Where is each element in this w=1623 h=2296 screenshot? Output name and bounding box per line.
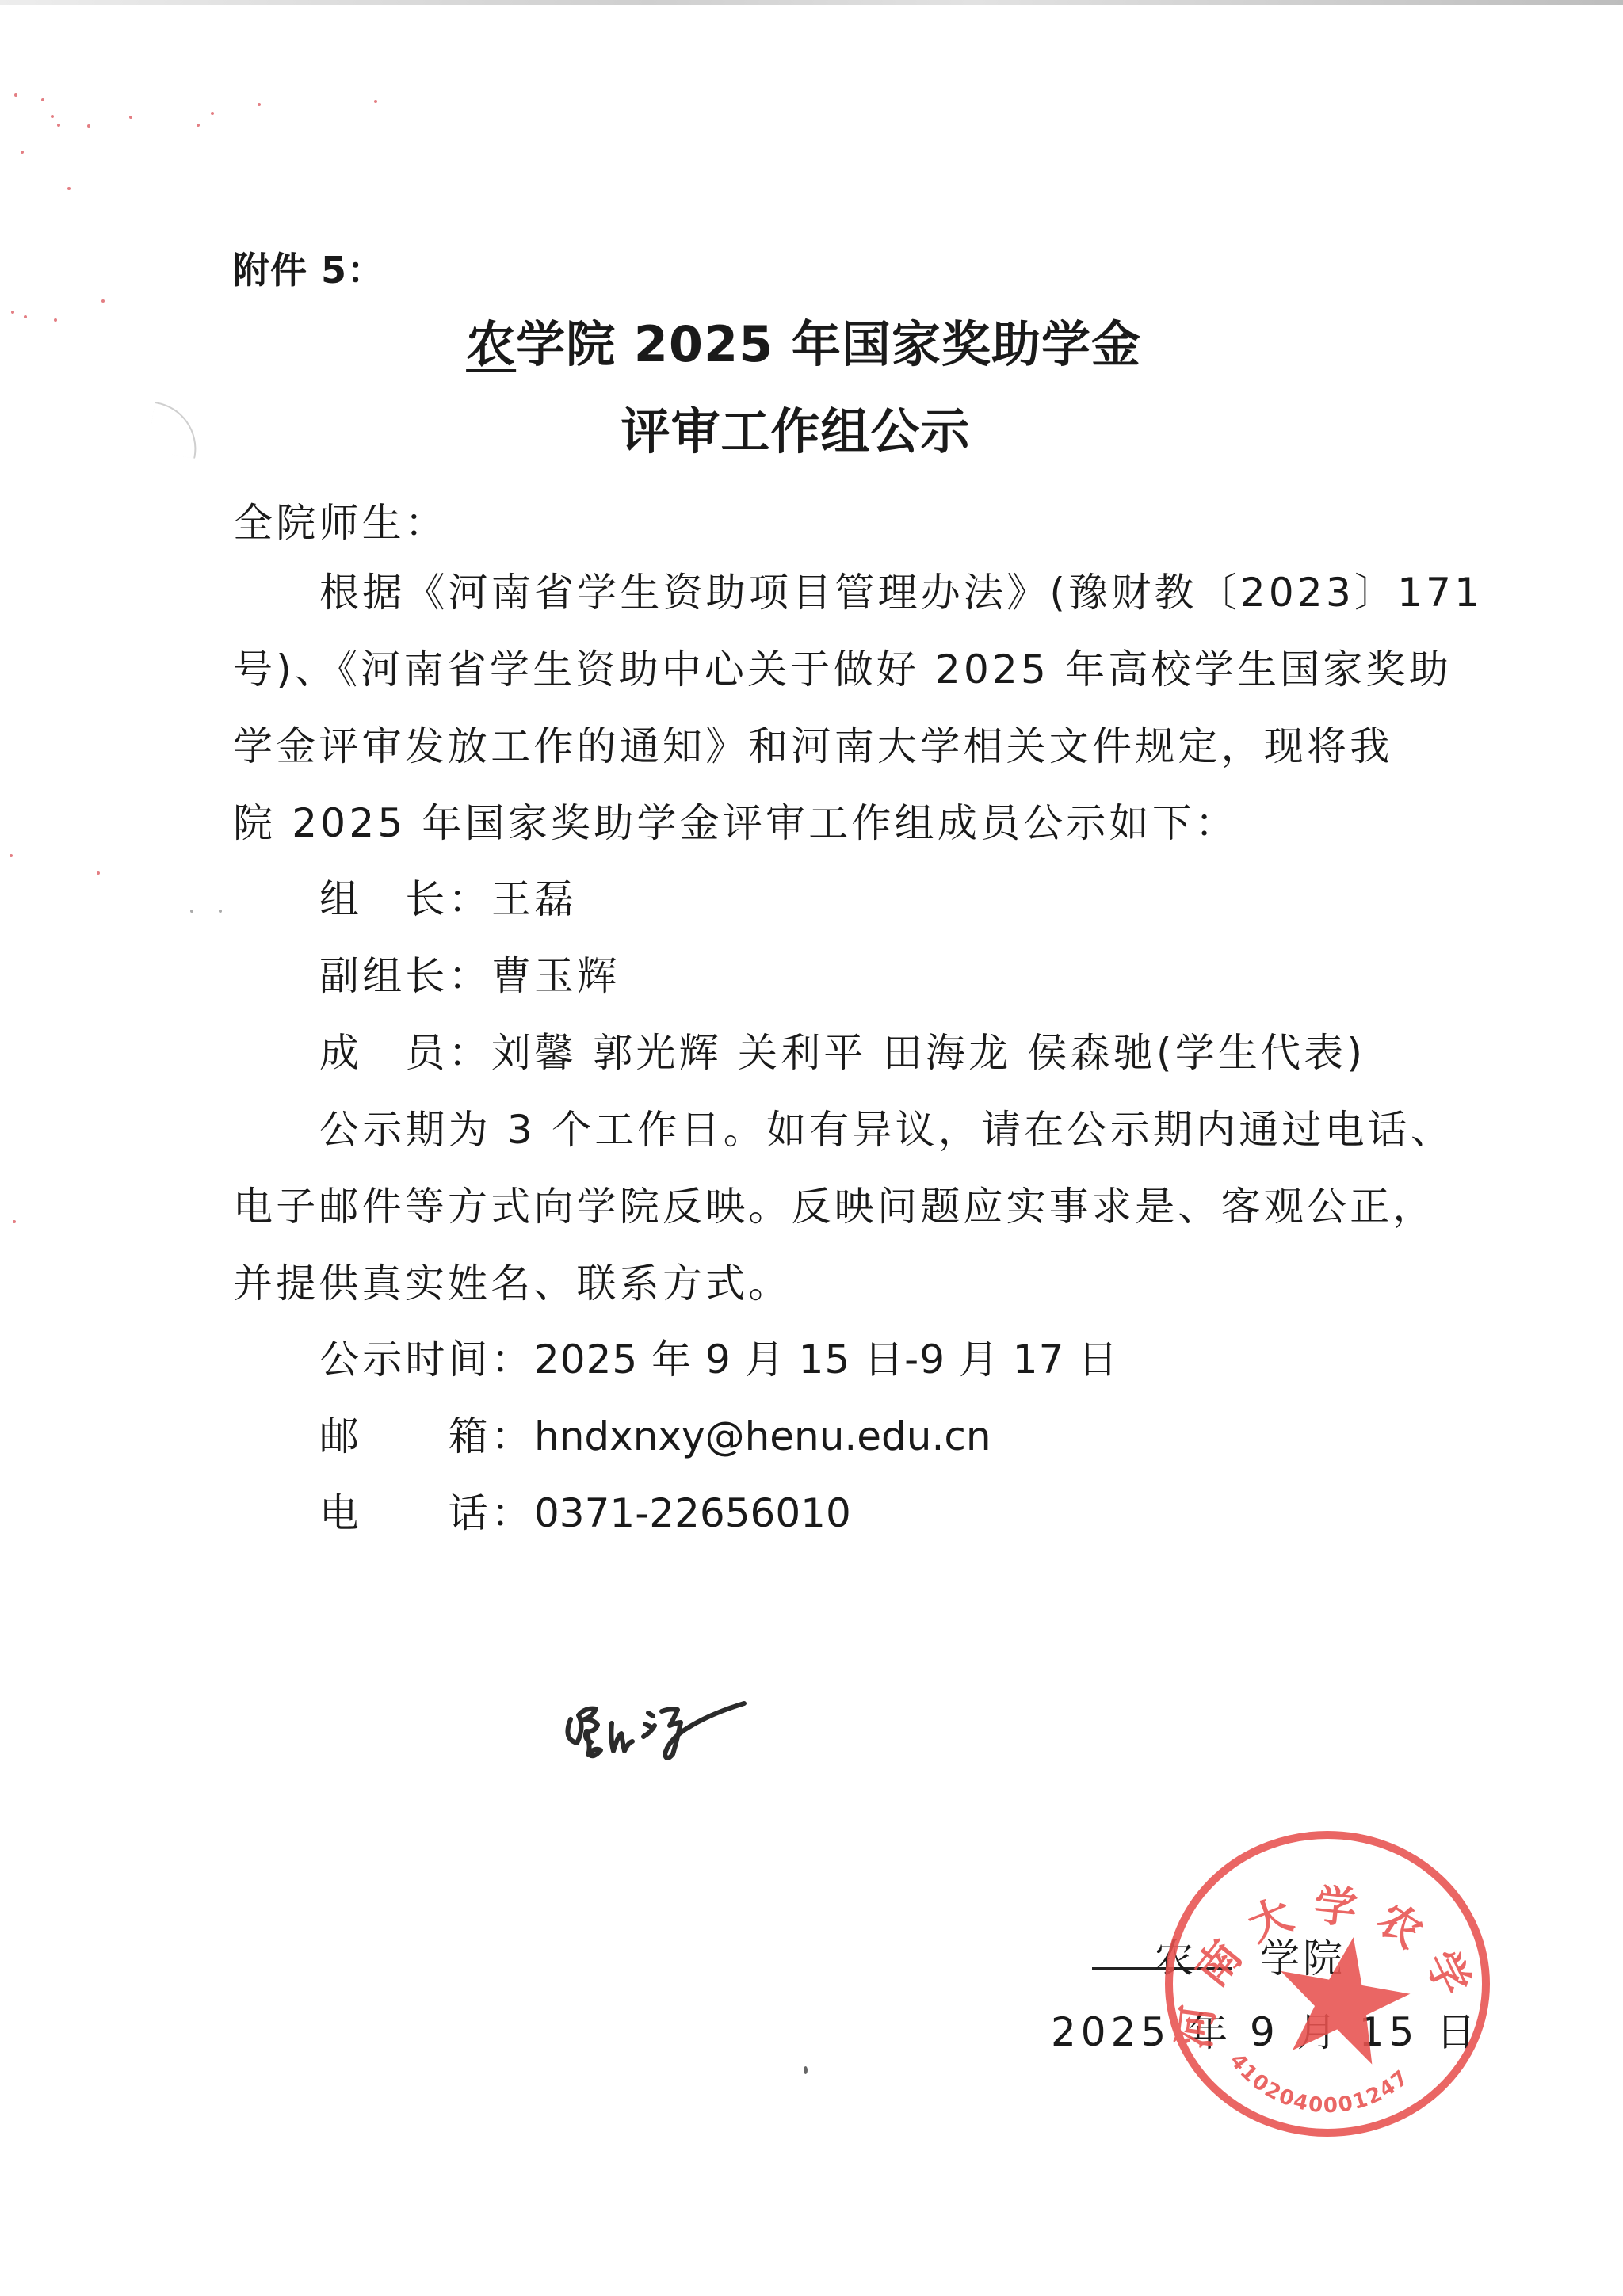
phone-number: 0371-22656010 <box>534 1490 851 1536</box>
group-leader-label: 组 长： <box>319 868 491 925</box>
paragraph2-line2: 电子邮件等方式向学院反映。反映问题应实事求是、客观公正， <box>233 1175 1418 1232</box>
notice-period-label: 公示时间： <box>319 1337 534 1383</box>
email-row: 邮 箱：hndxnxy@henu.edu.cn <box>319 1405 991 1462</box>
title-college-underlined: 农 <box>466 315 516 373</box>
salutation: 全院师生： <box>233 491 448 548</box>
paragraph2-line1: 公示期为 3 个工作日。如有异议，请在公示期内通过电话、 <box>319 1098 1453 1155</box>
paragraph1-line1: 根据《河南省学生资助项目管理办法》(豫财教〔2023〕171 <box>319 561 1483 618</box>
email-label: 邮 箱： <box>319 1413 534 1459</box>
group-leader-name: 王磊 <box>491 876 577 922</box>
scan-edge <box>0 0 1623 5</box>
official-seal: 河南大学农学院 4102040001247 <box>1163 1829 1492 2139</box>
paragraph1-line4: 院 2025 年国家奖助学金评审工作组成员公示如下： <box>233 791 1418 849</box>
deputy-leader-label: 副组长： <box>319 944 491 1001</box>
document-title-line2: 评审工作组公示 <box>0 392 1607 463</box>
title-line1-rest: 学院 2025 年国家奖助学金 <box>516 315 1141 373</box>
phone-label: 电 话： <box>319 1490 534 1536</box>
members-label: 成 员： <box>319 1021 491 1078</box>
deputy-leader-name: 曹玉辉 <box>491 953 621 999</box>
handwritten-signature <box>555 1688 761 1775</box>
paragraph1-line2: 号)、《河南省学生资助中心关于做好 2025 年高校学生国家奖助 <box>233 638 1418 695</box>
members-names: 刘馨 郭光辉 关利平 田海龙 侯森驰(学生代表) <box>491 1030 1365 1076</box>
paragraph1-line3: 学金评审发放工作的通知》和河南大学相关文件规定，现将我 <box>233 715 1418 772</box>
deputy-leader-row: 副组长：曹玉辉 <box>319 944 620 1001</box>
members-row: 成 员：刘馨 郭光辉 关利平 田海龙 侯森驰(学生代表) <box>319 1021 1365 1078</box>
seal-code: 4102040001247 <box>1225 2049 1415 2118</box>
phone-row: 电 话：0371-22656010 <box>319 1482 851 1539</box>
svg-text:4102040001247: 4102040001247 <box>1225 2049 1415 2118</box>
group-leader-row: 组 长：王磊 <box>319 868 577 925</box>
email-address: hndxnxy@henu.edu.cn <box>534 1413 991 1459</box>
paragraph2-line3: 并提供真实姓名、联系方式。 <box>233 1252 1418 1309</box>
notice-period-row: 公示时间：2025 年 9 月 15 日-9 月 17 日 <box>319 1328 1118 1385</box>
attachment-label: 附件 5： <box>233 242 384 294</box>
document-title-line1: 农学院 2025 年国家奖助学金 <box>0 305 1615 376</box>
notice-period-value: 2025 年 9 月 15 日-9 月 17 日 <box>534 1337 1118 1383</box>
